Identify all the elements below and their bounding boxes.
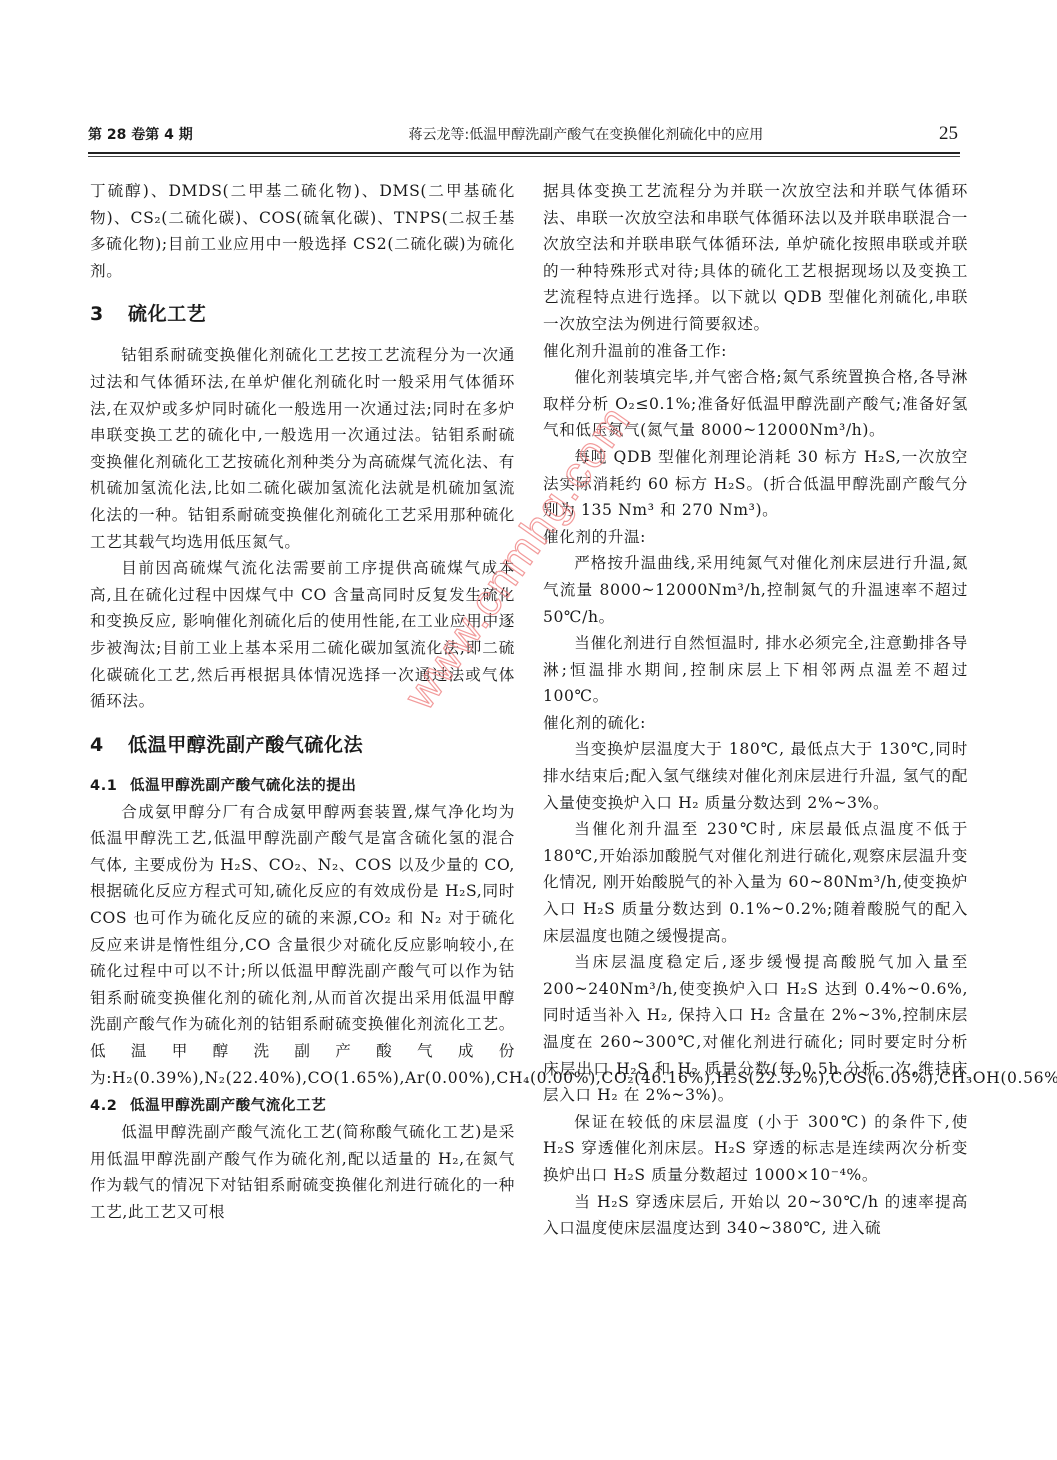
run-in-label: 催化剂升温前的准备工作: xyxy=(543,338,968,365)
run-in-label: 催化剂的硫化: xyxy=(543,710,968,737)
paragraph: 当床层温度稳定后,逐步缓慢提高酸脱气加入量至 200~240Nm³/h,使变换炉… xyxy=(543,949,968,1109)
running-title: 蒋云龙等:低温甲醇洗副产酸气在变换催化剂硫化中的应用 xyxy=(409,124,764,144)
left-column: 丁硫醇)、DMDS(二甲基二硫化物)、DMS(二甲基硫化物)、CS₂(二硫化碳)… xyxy=(90,178,515,1226)
paragraph: 当催化剂进行自然恒温时, 排水必须完全,注意勤排各导淋;恒温排水期间,控制床层上… xyxy=(543,630,968,710)
paper-page: 第 28 卷第 4 期 蒋云龙等:低温甲醇洗副产酸气在变换催化剂硫化中的应用 2… xyxy=(0,0,1057,1460)
paragraph: 钴钼系耐硫变换催化剂硫化工艺按工艺流程分为一次通过法和气体循环法,在单炉催化剂硫… xyxy=(90,342,515,555)
section-title: 硫化工艺 xyxy=(128,303,206,325)
paragraph: 当变换炉层温度大于 180℃, 最低点大于 130℃,同时排水结束后;配入氢气继… xyxy=(543,736,968,816)
section-heading-3: 3硫化工艺 xyxy=(90,300,515,328)
subsection-heading-4-1: 4.1低温甲醇洗副产酸气硫化法的提出 xyxy=(90,773,515,799)
paragraph: 严格按升温曲线,采用纯氮气对催化剂床层进行升温,氮气流量 8000~12000N… xyxy=(543,550,968,630)
subsection-title: 低温甲醇洗副产酸气流化工艺 xyxy=(130,1098,326,1114)
right-column: 据具体变换工艺流程分为并联一次放空法和并联气体循环法、串联一次放空法和串联气体循… xyxy=(543,178,968,1242)
journal-issue: 第 28 卷第 4 期 xyxy=(88,124,193,144)
subsection-title: 低温甲醇洗副产酸气硫化法的提出 xyxy=(130,778,357,794)
paragraph: 当 H₂S 穿透床层后, 开始以 20~30℃/h 的速率提高入口温度使床层温度… xyxy=(543,1189,968,1242)
paragraph: 合成氨甲醇分厂有合成氨甲醇两套装置,煤气净化均为低温甲醇洗工艺,低温甲醇洗副产酸… xyxy=(90,799,515,1092)
page-number: 25 xyxy=(939,123,958,145)
paragraph-continued: 丁硫醇)、DMDS(二甲基二硫化物)、DMS(二甲基硫化物)、CS₂(二硫化碳)… xyxy=(90,178,515,284)
section-title: 低温甲醇洗副产酸气硫化法 xyxy=(128,734,363,756)
subsection-heading-4-2: 4.2低温甲醇洗副产酸气流化工艺 xyxy=(90,1093,515,1119)
paragraph-continued: 据具体变换工艺流程分为并联一次放空法和并联气体循环法、串联一次放空法和串联气体循… xyxy=(543,178,968,338)
header-rule-thin xyxy=(88,156,960,157)
section-number: 4 xyxy=(90,731,128,759)
run-in-label: 催化剂的升温: xyxy=(543,524,968,551)
section-heading-4: 4低温甲醇洗副产酸气硫化法 xyxy=(90,731,515,759)
paragraph: 保证在较低的床层温度 (小于 300℃) 的条件下,使 H₂S 穿透催化剂床层。… xyxy=(543,1109,968,1189)
subsection-number: 4.1 xyxy=(90,773,130,799)
subsection-number: 4.2 xyxy=(90,1093,130,1119)
running-header: 第 28 卷第 4 期 蒋云龙等:低温甲醇洗副产酸气在变换催化剂硫化中的应用 2… xyxy=(88,122,958,146)
section-number: 3 xyxy=(90,300,128,328)
paragraph: 当催化剂升温至 230℃时, 床层最低点温度不低于 180℃,开始添加酸脱气对催… xyxy=(543,816,968,949)
paragraph: 低温甲醇洗副产酸气流化工艺(简称酸气硫化工艺)是采用低温甲醇洗副产酸气作为硫化剂… xyxy=(90,1119,515,1225)
header-rule-thick xyxy=(88,152,960,154)
